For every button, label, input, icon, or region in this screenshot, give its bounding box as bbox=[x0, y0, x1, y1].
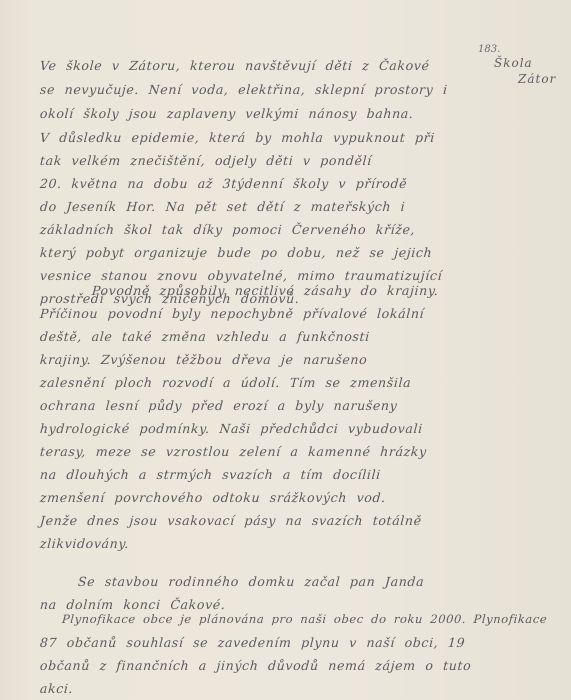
text-line: Se stavbou rodinného domku začal pan Jan… bbox=[77, 574, 424, 589]
page-number: 183. bbox=[478, 44, 500, 55]
text-line: 87 občanů souhlasí se zavedením plynu v … bbox=[39, 635, 465, 650]
text-line: tak velkém znečištění, odjely děti v pon… bbox=[39, 153, 372, 168]
text-line: zmenšení povrchového odtoku srážkových v… bbox=[39, 490, 386, 505]
text-line: který pobyt organizuje bude po dobu, než… bbox=[39, 245, 432, 260]
text-line: V důsledku epidemie, která by mohla vypu… bbox=[39, 130, 435, 145]
text-line: okolí školy jsou zaplaveny velkými nános… bbox=[39, 106, 414, 121]
text-line: hydrologické podmínky. Naši předchůdci v… bbox=[39, 421, 423, 436]
text-line: občanů z finančních a jiných důvodů nemá… bbox=[39, 658, 471, 673]
text-line: deště, ale také změna vzhledu a funkčnos… bbox=[39, 329, 370, 344]
text-line: zalesnění ploch rozvodí a údolí. Tím se … bbox=[39, 375, 411, 390]
margin-note-line-2: Zátor bbox=[518, 72, 556, 86]
handwritten-chronicle-page: 183. Škola Zátor Ve škole v Zátoru, kter… bbox=[0, 0, 571, 700]
text-line: Jenže dnes jsou vsakovací pásy na svazíc… bbox=[39, 513, 422, 528]
text-line: vesnice stanou znovu obyvatelné, mimo tr… bbox=[39, 268, 442, 283]
text-line: akci. bbox=[39, 681, 73, 696]
text-line: Plynofikace obce je plánována pro naši o… bbox=[62, 612, 548, 626]
text-line: do Jeseník Hor. Na pět set dětí z mateřs… bbox=[39, 199, 405, 214]
text-line: základních škol tak díky pomoci Červenéh… bbox=[39, 222, 415, 237]
text-line: Povodně způsobily necitlivé zásahy do kr… bbox=[91, 283, 439, 298]
text-line: na dolním konci Čakové. bbox=[39, 597, 226, 612]
text-line: 20. května na dobu až 3týdenní školy v p… bbox=[39, 176, 407, 191]
text-line: krajiny. Zvýšenou těžbou dřeva je naruše… bbox=[39, 352, 367, 367]
text-line: Ve škole v Zátoru, kterou navštěvují dět… bbox=[39, 58, 430, 73]
text-line: se nevyučuje. Není voda, elektřina, skle… bbox=[39, 82, 448, 97]
text-line: zlikvidovány. bbox=[39, 536, 129, 551]
margin-note-line-1: Škola bbox=[494, 56, 533, 70]
text-line: ochrana lesní půdy před erozí a byly nar… bbox=[39, 398, 397, 413]
text-line: na dlouhých a strmých svazích a tím docí… bbox=[39, 467, 381, 482]
text-line: terasy, meze se vzrostlou zelení a kamen… bbox=[39, 444, 427, 459]
text-line: Příčinou povodní byly nepochybně přívalo… bbox=[39, 306, 424, 321]
